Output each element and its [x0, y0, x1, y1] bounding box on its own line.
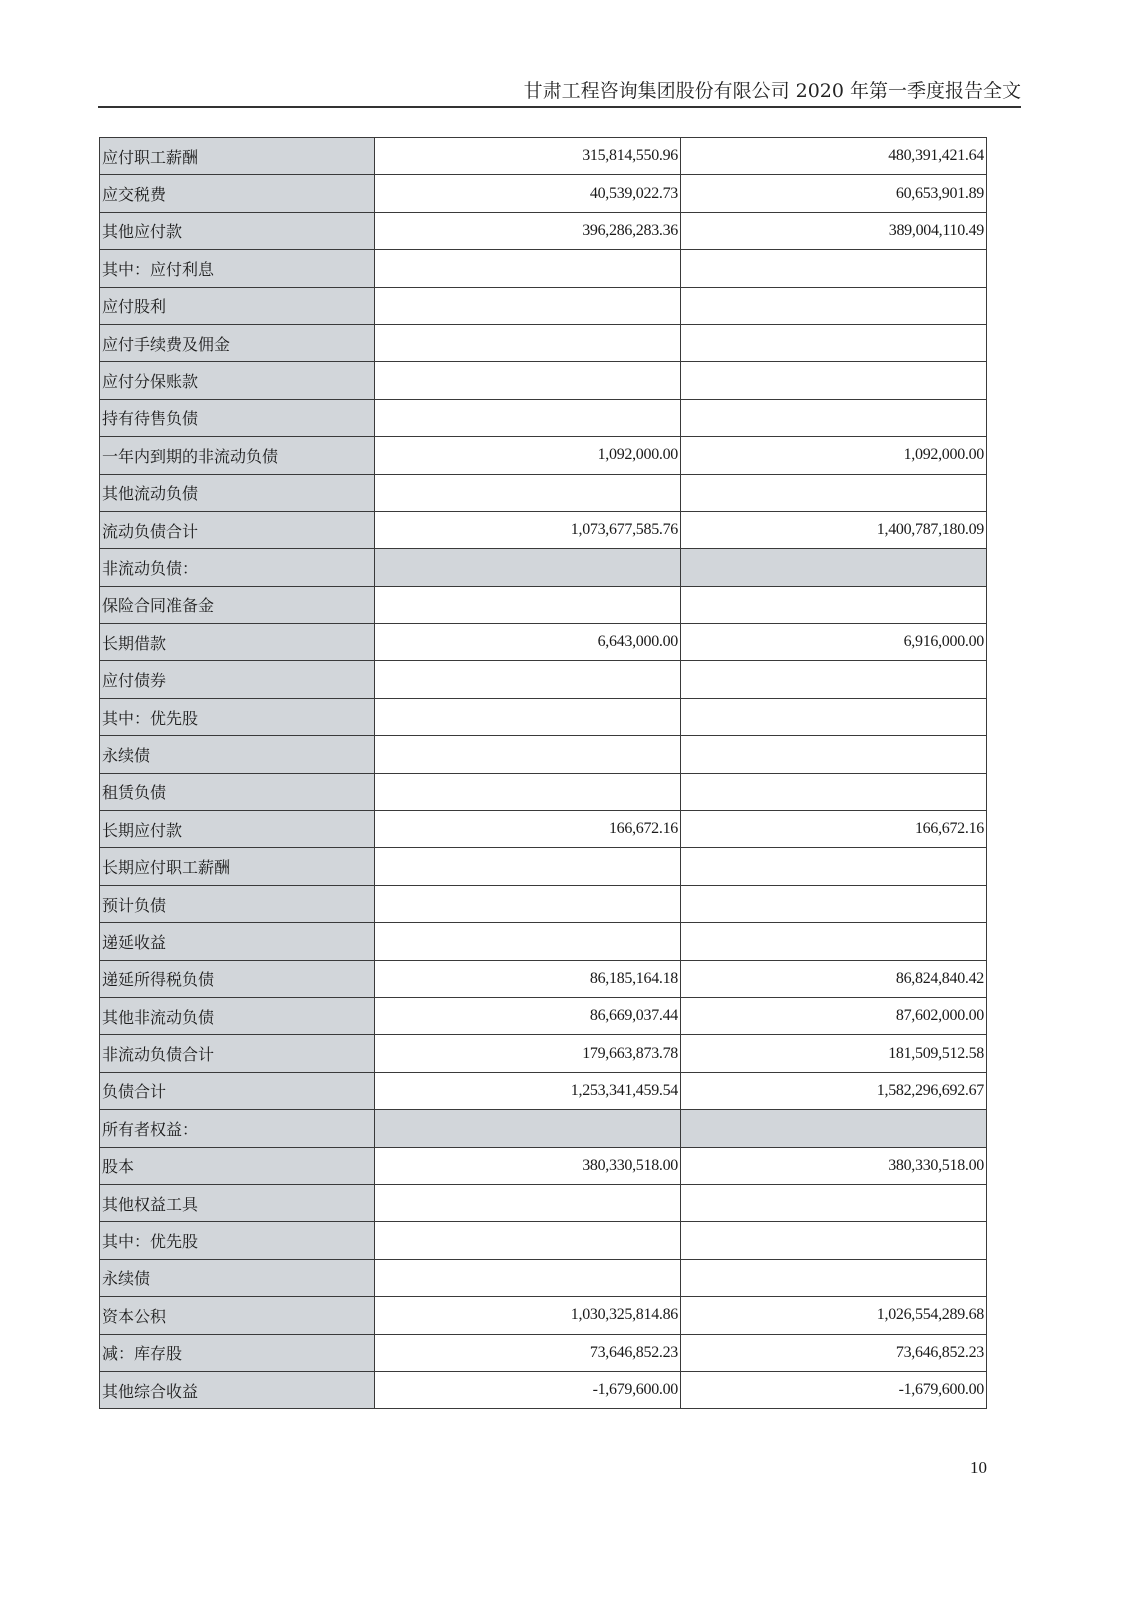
table-row: 永续债: [100, 736, 987, 773]
prior-period-value: [681, 362, 987, 399]
prior-period-value: [681, 1110, 987, 1147]
table-row: 应付职工薪酬315,814,550.96480,391,421.64: [100, 138, 987, 175]
table-row: 应付手续费及佣金: [100, 324, 987, 361]
table-row: 其中：优先股: [100, 698, 987, 735]
table-row: 其他非流动负债86,669,037.4487,602,000.00: [100, 997, 987, 1034]
balance-sheet-table: 应付职工薪酬315,814,550.96480,391,421.64应交税费40…: [99, 137, 987, 1409]
prior-period-value: [681, 549, 987, 586]
current-period-value: 73,646,852.23: [375, 1334, 681, 1371]
current-period-value: [375, 549, 681, 586]
prior-period-value: [681, 1184, 987, 1221]
table-row: 租赁负债: [100, 773, 987, 810]
table-row: 保险合同准备金: [100, 586, 987, 623]
table-row: 应付债券: [100, 661, 987, 698]
prior-period-value: [681, 324, 987, 361]
row-label: 其他流动负债: [100, 474, 375, 511]
table-row: 其中：优先股: [100, 1222, 987, 1259]
current-period-value: 6,643,000.00: [375, 624, 681, 661]
table-row: 长期应付职工薪酬: [100, 848, 987, 885]
row-label: 永续债: [100, 1259, 375, 1296]
row-label: 股本: [100, 1147, 375, 1184]
table-row: 流动负债合计1,073,677,585.761,400,787,180.09: [100, 511, 987, 548]
prior-period-value: [681, 885, 987, 922]
current-period-value: [375, 250, 681, 287]
row-label: 流动负债合计: [100, 511, 375, 548]
row-label: 递延所得税负债: [100, 960, 375, 997]
table-row: 递延所得税负债86,185,164.1886,824,840.42: [100, 960, 987, 997]
prior-period-value: [681, 287, 987, 324]
report-title: 甘肃工程咨询集团股份有限公司 2020 年第一季度报告全文: [524, 80, 1021, 102]
row-label: 其他综合收益: [100, 1371, 375, 1408]
row-label: 应付债券: [100, 661, 375, 698]
row-label: 应付手续费及佣金: [100, 324, 375, 361]
current-period-value: [375, 1184, 681, 1221]
table-row: 长期借款6,643,000.006,916,000.00: [100, 624, 987, 661]
row-label: 其他权益工具: [100, 1184, 375, 1221]
current-period-value: 1,092,000.00: [375, 437, 681, 474]
prior-period-value: 380,330,518.00: [681, 1147, 987, 1184]
table-row: 其他权益工具: [100, 1184, 987, 1221]
current-period-value: 86,185,164.18: [375, 960, 681, 997]
row-label: 一年内到期的非流动负债: [100, 437, 375, 474]
current-period-value: 166,672.16: [375, 811, 681, 848]
table-row: 减：库存股73,646,852.2373,646,852.23: [100, 1334, 987, 1371]
current-period-value: 1,253,341,459.54: [375, 1072, 681, 1109]
row-label: 预计负债: [100, 885, 375, 922]
prior-period-value: -1,679,600.00: [681, 1371, 987, 1408]
prior-period-value: [681, 773, 987, 810]
current-period-value: [375, 586, 681, 623]
prior-period-value: 181,509,512.58: [681, 1035, 987, 1072]
prior-period-value: [681, 250, 987, 287]
current-period-value: [375, 362, 681, 399]
row-label: 应付股利: [100, 287, 375, 324]
row-label: 非流动负债合计: [100, 1035, 375, 1072]
row-label: 其中：优先股: [100, 698, 375, 735]
row-label: 长期应付款: [100, 811, 375, 848]
table-row: 股本380,330,518.00380,330,518.00: [100, 1147, 987, 1184]
current-period-value: [375, 399, 681, 436]
prior-period-value: [681, 586, 987, 623]
row-label: 递延收益: [100, 923, 375, 960]
table-row: 资本公积1,030,325,814.861,026,554,289.68: [100, 1297, 987, 1334]
prior-period-value: 480,391,421.64: [681, 138, 987, 175]
prior-period-value: [681, 736, 987, 773]
prior-period-value: 166,672.16: [681, 811, 987, 848]
current-period-value: [375, 736, 681, 773]
table-row: 其他应付款396,286,283.36389,004,110.49: [100, 212, 987, 249]
current-period-value: 40,539,022.73: [375, 175, 681, 212]
prior-period-value: [681, 1222, 987, 1259]
row-label: 所有者权益：: [100, 1110, 375, 1147]
row-label: 长期应付职工薪酬: [100, 848, 375, 885]
row-label: 持有待售负债: [100, 399, 375, 436]
current-period-value: 380,330,518.00: [375, 1147, 681, 1184]
current-period-value: [375, 474, 681, 511]
table-row: 应付股利: [100, 287, 987, 324]
prior-period-value: 60,653,901.89: [681, 175, 987, 212]
prior-period-value: 389,004,110.49: [681, 212, 987, 249]
row-label: 租赁负债: [100, 773, 375, 810]
page-number: 10: [970, 1458, 987, 1478]
section-header-row: 所有者权益：: [100, 1110, 987, 1147]
table-row: 其他综合收益-1,679,600.00-1,679,600.00: [100, 1371, 987, 1408]
current-period-value: [375, 848, 681, 885]
table-row: 其中：应付利息: [100, 250, 987, 287]
prior-period-value: [681, 399, 987, 436]
table-row: 应交税费40,539,022.7360,653,901.89: [100, 175, 987, 212]
current-period-value: [375, 661, 681, 698]
current-period-value: [375, 287, 681, 324]
current-period-value: 86,669,037.44: [375, 997, 681, 1034]
current-period-value: 1,030,325,814.86: [375, 1297, 681, 1334]
row-label: 长期借款: [100, 624, 375, 661]
row-label: 应付职工薪酬: [100, 138, 375, 175]
table-row: 一年内到期的非流动负债1,092,000.001,092,000.00: [100, 437, 987, 474]
balance-sheet-body: 应付职工薪酬315,814,550.96480,391,421.64应交税费40…: [100, 138, 987, 1409]
row-label: 应付分保账款: [100, 362, 375, 399]
prior-period-value: [681, 1259, 987, 1296]
table-row: 持有待售负债: [100, 399, 987, 436]
row-label: 其他非流动负债: [100, 997, 375, 1034]
row-label: 保险合同准备金: [100, 586, 375, 623]
current-period-value: 315,814,550.96: [375, 138, 681, 175]
row-label: 资本公积: [100, 1297, 375, 1334]
current-period-value: 1,073,677,585.76: [375, 511, 681, 548]
row-label: 其中：优先股: [100, 1222, 375, 1259]
current-period-value: 179,663,873.78: [375, 1035, 681, 1072]
prior-period-value: 1,026,554,289.68: [681, 1297, 987, 1334]
current-period-value: 396,286,283.36: [375, 212, 681, 249]
prior-period-value: [681, 474, 987, 511]
current-period-value: [375, 923, 681, 960]
row-label: 非流动负债：: [100, 549, 375, 586]
prior-period-value: [681, 923, 987, 960]
table-row: 负债合计1,253,341,459.541,582,296,692.67: [100, 1072, 987, 1109]
table-row: 非流动负债合计179,663,873.78181,509,512.58: [100, 1035, 987, 1072]
table-row: 递延收益: [100, 923, 987, 960]
prior-period-value: 87,602,000.00: [681, 997, 987, 1034]
current-period-value: [375, 1259, 681, 1296]
report-header: 甘肃工程咨询集团股份有限公司 2020 年第一季度报告全文: [98, 76, 1021, 108]
table-row: 预计负债: [100, 885, 987, 922]
prior-period-value: [681, 661, 987, 698]
row-label: 永续债: [100, 736, 375, 773]
prior-period-value: 6,916,000.00: [681, 624, 987, 661]
row-label: 其他应付款: [100, 212, 375, 249]
row-label: 其中：应付利息: [100, 250, 375, 287]
prior-period-value: [681, 698, 987, 735]
table-row: 应付分保账款: [100, 362, 987, 399]
current-period-value: -1,679,600.00: [375, 1371, 681, 1408]
row-label: 减：库存股: [100, 1334, 375, 1371]
prior-period-value: 1,400,787,180.09: [681, 511, 987, 548]
prior-period-value: [681, 848, 987, 885]
row-label: 应交税费: [100, 175, 375, 212]
section-header-row: 非流动负债：: [100, 549, 987, 586]
current-period-value: [375, 1222, 681, 1259]
prior-period-value: 73,646,852.23: [681, 1334, 987, 1371]
current-period-value: [375, 1110, 681, 1147]
table-row: 永续债: [100, 1259, 987, 1296]
current-period-value: [375, 773, 681, 810]
table-row: 其他流动负债: [100, 474, 987, 511]
table-row: 长期应付款166,672.16166,672.16: [100, 811, 987, 848]
prior-period-value: 1,582,296,692.67: [681, 1072, 987, 1109]
prior-period-value: 86,824,840.42: [681, 960, 987, 997]
current-period-value: [375, 324, 681, 361]
prior-period-value: 1,092,000.00: [681, 437, 987, 474]
current-period-value: [375, 885, 681, 922]
row-label: 负债合计: [100, 1072, 375, 1109]
current-period-value: [375, 698, 681, 735]
